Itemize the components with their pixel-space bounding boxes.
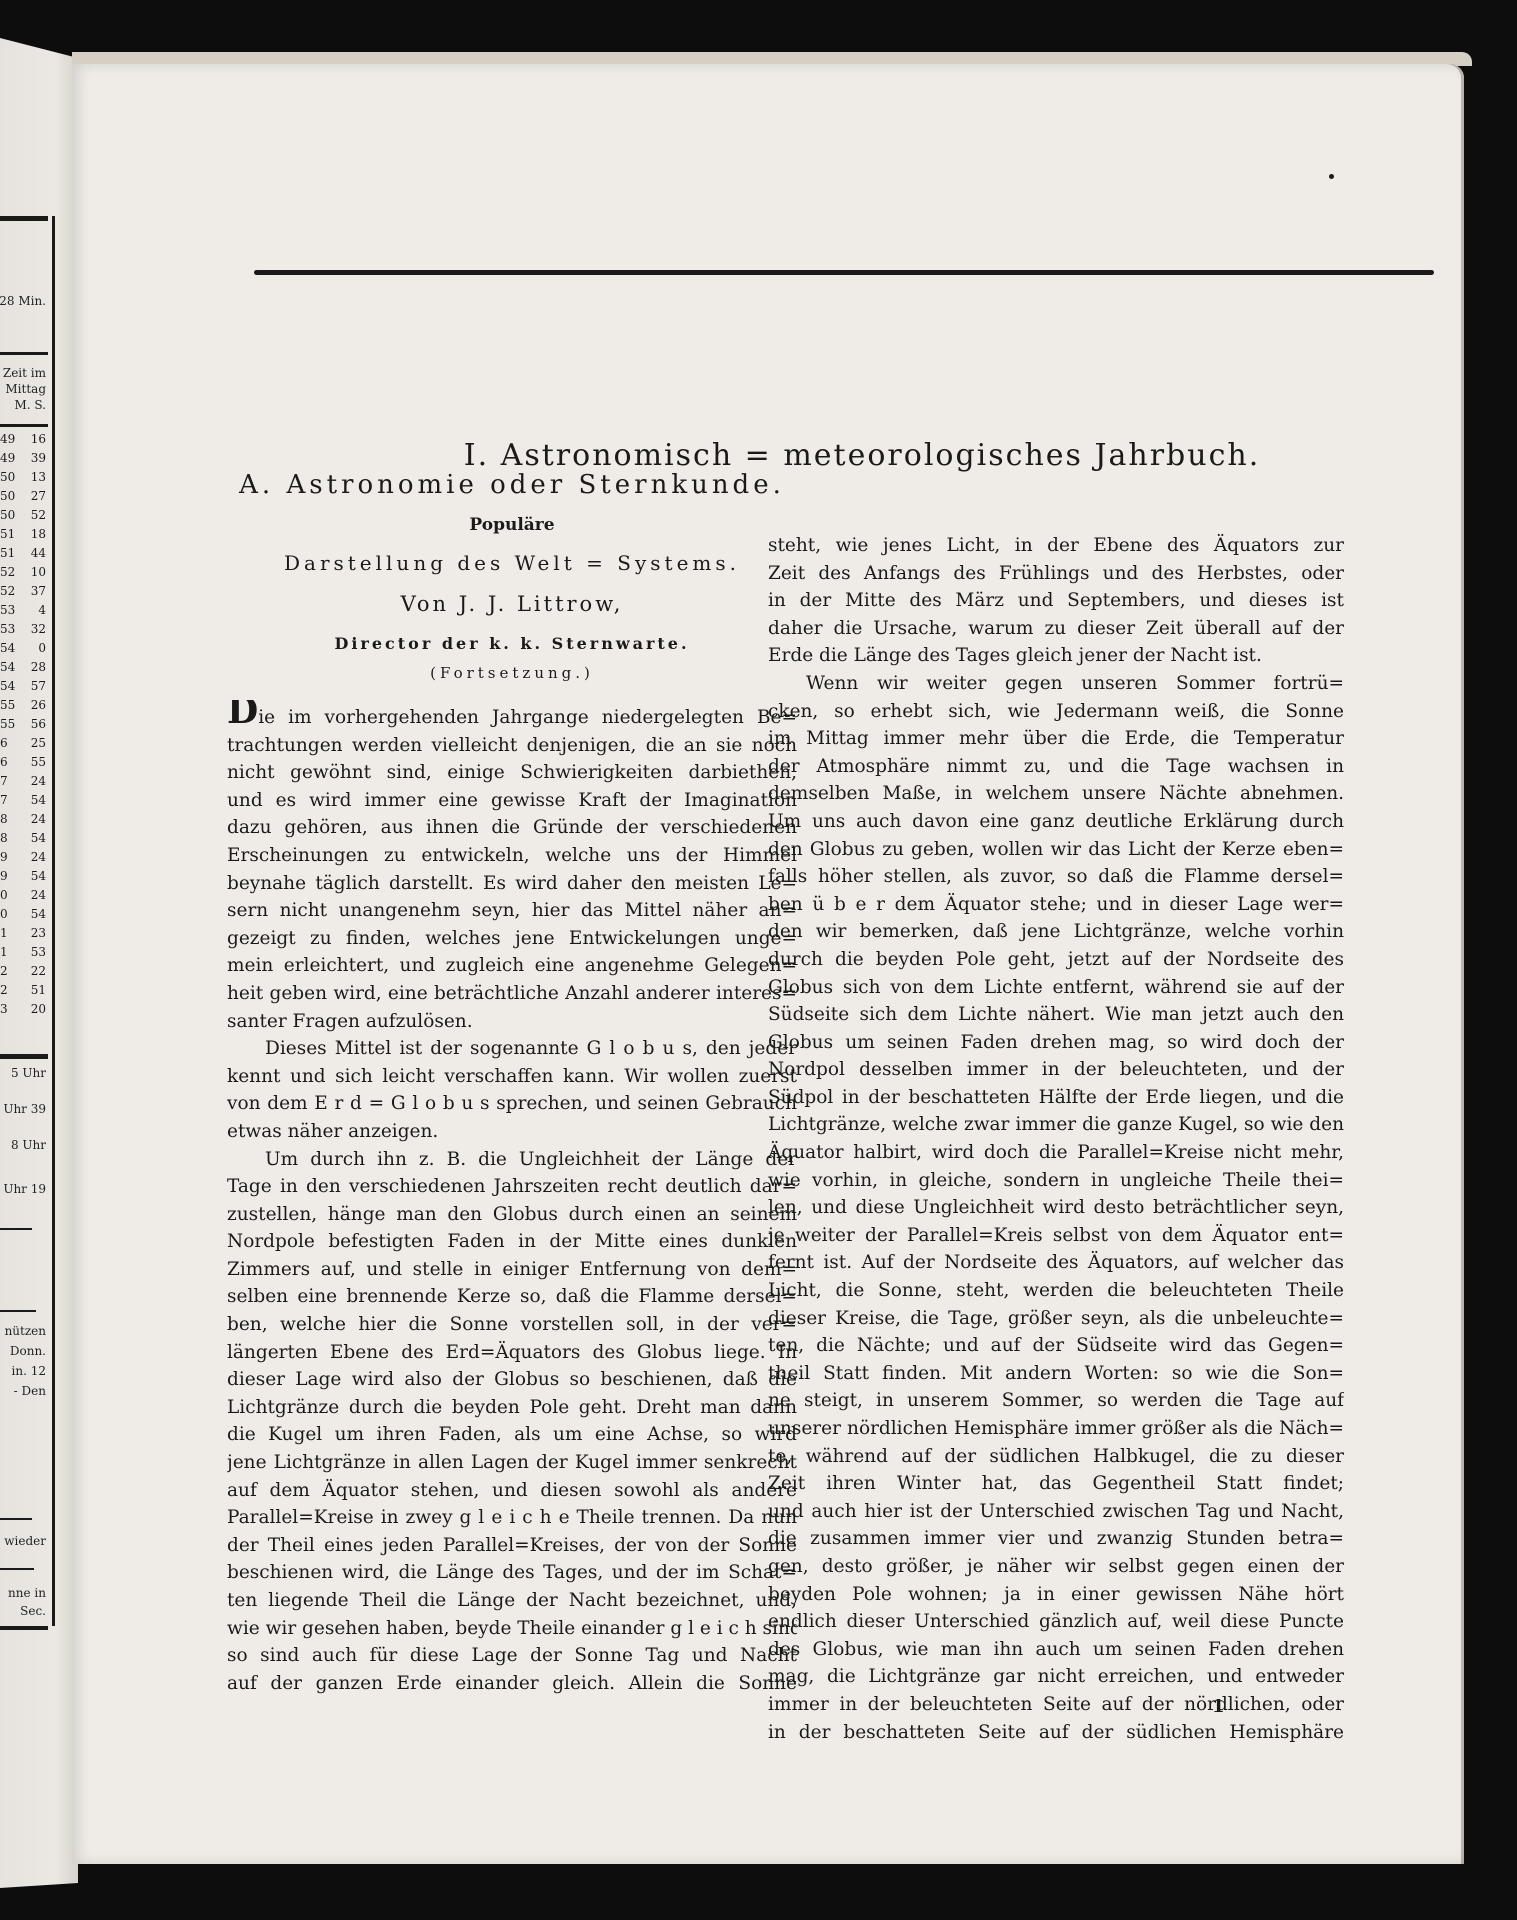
facing-table-row: 054 [0, 905, 46, 924]
text-line-content: je weiter der Parallel=Kreis selbst von … [768, 1225, 1344, 1246]
text-line: wie wir gesehen haben, beyde Theile eina… [227, 1615, 797, 1643]
table-rule [0, 424, 48, 427]
seconds-cell: 28 [31, 658, 46, 677]
text-line: der Theil eines jeden Parallel=Kreises, … [227, 1532, 797, 1560]
text-line: Südseite sich dem Lichte nähert. Wie man… [768, 1001, 1344, 1029]
text-line: auf der ganzen Erde einander gleich. All… [227, 1670, 797, 1698]
text-line: daher die Ursache, warum zu dieser Zeit … [768, 615, 1344, 643]
facing-table-row: 4916 [0, 430, 46, 449]
minutes-cell: 50 [0, 487, 15, 506]
text-line: zustellen, hänge man den Globus durch ei… [227, 1201, 797, 1229]
facing-table-row: 5027 [0, 487, 46, 506]
table-rule [0, 1054, 48, 1059]
text-line-content: mag, die Lichtgränze gar nicht erreichen… [768, 1666, 1344, 1687]
facing-header-text: 28 Min. [0, 294, 46, 309]
text-line: die zusammen immer vier und zwanzig Stun… [768, 1525, 1344, 1553]
seconds-cell: 23 [31, 924, 46, 943]
text-line-content: len, und diese Ungleichheit wird desto b… [768, 1197, 1344, 1218]
text-line-content: ben ü b e r dem Äquator stehe; und in di… [768, 894, 1344, 915]
minutes-cell: 54 [0, 639, 15, 658]
text-line-content: selben eine brennende Kerze so, daß die … [227, 1286, 797, 1307]
seconds-cell: 13 [31, 468, 46, 487]
facing-table-row: 5144 [0, 544, 46, 563]
text-line-content: wie wir gesehen haben, beyde Theile eina… [227, 1618, 797, 1639]
text-line: ben ü b e r dem Äquator stehe; und in di… [768, 891, 1344, 919]
text-line-content: kennt und sich leicht verschaffen kann. … [227, 1066, 797, 1087]
minutes-cell: 52 [0, 582, 15, 601]
text-line: der Atmosphäre nimmt zu, und die Tage wa… [768, 753, 1344, 781]
minutes-cell: 8 [0, 829, 8, 848]
text-line: den Globus zu geben, wollen wir das Lich… [768, 836, 1344, 864]
minutes-cell: 9 [0, 848, 8, 867]
seconds-cell: 39 [31, 449, 46, 468]
subtitle-article: Darstellung des Welt = Systems. [227, 551, 797, 575]
facing-table-row: 724 [0, 772, 46, 791]
text-line-content: Lichtgränze durch die beyden Pole geht. … [227, 1397, 797, 1418]
facing-table-row: 924 [0, 848, 46, 867]
text-line: demselben Maße, in welchem unsere Nächte… [768, 780, 1344, 808]
seconds-cell: 22 [31, 962, 46, 981]
text-line-content: Zimmers auf, und stelle in einiger Entfe… [227, 1259, 797, 1280]
text-line-content: daher die Ursache, warum zu dieser Zeit … [768, 618, 1344, 639]
text-line-content: nicht gewöhnt sind, einige Schwierigkeit… [227, 762, 797, 783]
table-rule [0, 1518, 32, 1520]
text-line: Globus sich von dem Lichte entfernt, wäh… [768, 974, 1344, 1002]
facing-note: Donn. [10, 1344, 46, 1359]
facing-column-header-2: Mittag [5, 382, 46, 397]
text-line-content: Globus sich von dem Lichte entfernt, wäh… [768, 977, 1344, 998]
minutes-cell: 53 [0, 601, 15, 620]
text-line: Dieses Mittel ist der sogenannte G l o b… [227, 1035, 797, 1063]
text-line-content: Licht, die Sonne, steht, werden die bele… [768, 1280, 1344, 1301]
text-line: den wir bemerken, daß jene Lichtgränze, … [768, 918, 1344, 946]
text-line: cken, so erhebt sich, wie Jedermann weiß… [768, 698, 1344, 726]
text-line-content: Südpol in der beschatteten Hälfte der Er… [768, 1087, 1344, 1108]
text-line: endlich dieser Unterschied gänzlich auf,… [768, 1608, 1344, 1636]
minutes-cell: 51 [0, 525, 15, 544]
text-line: beyden Pole wohnen; ja in einer gewissen… [768, 1581, 1344, 1609]
text-line-content: die Kugel um ihren Faden, als um eine Ac… [227, 1424, 797, 1445]
text-line: dieser Kreise, die Tage, größer seyn, al… [768, 1305, 1344, 1333]
seconds-cell: 24 [31, 810, 46, 829]
seconds-cell: 27 [31, 487, 46, 506]
text-line-content: falls höher stellen, als zuvor, so daß d… [768, 866, 1344, 887]
text-line: Um uns auch davon eine ganz deutliche Er… [768, 808, 1344, 836]
facing-table-row: 5013 [0, 468, 46, 487]
text-line: unserer nördlichen Hemisphäre immer größ… [768, 1415, 1344, 1443]
minutes-cell: 55 [0, 715, 15, 734]
text-line: theil Statt finden. Mit andern Worten: s… [768, 1360, 1344, 1388]
seconds-cell: 54 [31, 905, 46, 924]
text-line-content: des Globus, wie man ihn auch um seinen F… [768, 1639, 1344, 1660]
text-line-content: Zeit ihren Winter hat, das Gegentheil St… [768, 1473, 1344, 1494]
seconds-cell: 16 [31, 430, 46, 449]
facing-table-row: 320 [0, 1000, 46, 1019]
text-line-content: ten, die Nächte; und auf der Südseite wi… [768, 1335, 1344, 1356]
minutes-cell: 1 [0, 924, 8, 943]
text-line: santer Fragen aufzulösen. [227, 1008, 797, 1036]
facing-table-row: 5118 [0, 525, 46, 544]
text-line: beschienen wird, die Länge des Tages, un… [227, 1559, 797, 1587]
seconds-cell: 32 [31, 620, 46, 639]
text-line: mein erleichtert, und zugleich eine ange… [227, 952, 797, 980]
text-line: in der Mitte des März und Septembers, un… [768, 587, 1344, 615]
text-line: etwas näher anzeigen. [227, 1118, 797, 1146]
minutes-cell: 53 [0, 620, 15, 639]
text-line-content: endlich dieser Unterschied gänzlich auf,… [768, 1611, 1344, 1632]
text-line: Südpol in der beschatteten Hälfte der Er… [768, 1084, 1344, 1112]
text-line: wie vorhin, in gleiche, sondern in ungle… [768, 1167, 1344, 1195]
facing-table-row: 251 [0, 981, 46, 1000]
text-line-content: dazu gehören, aus ihnen die Gründe der v… [227, 817, 797, 838]
seconds-cell: 20 [31, 1000, 46, 1019]
text-line: heit geben wird, eine beträchtliche Anza… [227, 980, 797, 1008]
text-line: kennt und sich leicht verschaffen kann. … [227, 1063, 797, 1091]
text-line: jene Lichtgränze in allen Lagen der Kuge… [227, 1449, 797, 1477]
text-line-content: Um uns auch davon eine ganz deutliche Er… [768, 811, 1344, 832]
text-line-content: ne steigt, in unserem Sommer, so werden … [768, 1390, 1344, 1411]
minutes-cell: 3 [0, 1000, 8, 1019]
seconds-cell: 54 [31, 829, 46, 848]
text-line-content: Wenn wir weiter gegen unseren Sommer for… [806, 673, 1344, 694]
text-line-content: durch die beyden Pole geht, jetzt auf de… [768, 949, 1344, 970]
seconds-cell: 37 [31, 582, 46, 601]
text-line: längerten Ebene des Erd=Äquators des Glo… [227, 1339, 797, 1367]
text-line: Zimmers auf, und stelle in einiger Entfe… [227, 1256, 797, 1284]
text-line-content: dieser Kreise, die Tage, größer seyn, al… [768, 1308, 1344, 1329]
facing-note: Uhr 19 [3, 1182, 46, 1197]
seconds-cell: 24 [31, 772, 46, 791]
text-line: Erde die Länge des Tages gleich jener de… [768, 642, 1344, 670]
text-line: Zeit des Anfangs des Frühlings und des H… [768, 560, 1344, 588]
text-line-content: theil Statt finden. Mit andern Worten: s… [768, 1363, 1344, 1384]
author-title: Director der k. k. Sternwarte. [227, 634, 797, 653]
text-line: so sind auch für diese Lage der Sonne Ta… [227, 1642, 797, 1670]
minutes-cell: 50 [0, 506, 15, 525]
continuation-note: (Fortsetzung.) [227, 664, 797, 682]
facing-table-row: 854 [0, 829, 46, 848]
text-line-content: cken, so erhebt sich, wie Jedermann weiß… [768, 701, 1344, 722]
table-rule [0, 1310, 36, 1312]
text-line-content: Nordpole befestigten Faden in der Mitte … [227, 1231, 797, 1252]
facing-number-rows: 4916493950135027505251185144521052375345… [0, 430, 46, 1019]
table-rule [0, 1568, 34, 1570]
minutes-cell: 54 [0, 658, 15, 677]
text-line-content: Um durch ihn z. B. die Ungleichheit der … [265, 1149, 797, 1170]
text-line-content: ie im vorhergehenden Jahrgange niedergel… [258, 707, 797, 728]
text-line: ne steigt, in unserem Sommer, so werden … [768, 1387, 1344, 1415]
text-line-content: Äquator halbirt, wird doch die Parallel=… [768, 1142, 1344, 1163]
text-line-content: so sind auch für diese Lage der Sonne Ta… [227, 1645, 797, 1666]
minutes-cell: 2 [0, 981, 8, 1000]
text-line: sern nicht unangenehm seyn, hier das Mit… [227, 897, 797, 925]
facing-table-row: 5332 [0, 620, 46, 639]
minutes-cell: 0 [0, 886, 8, 905]
text-line-content: Südseite sich dem Lichte nähert. Wie man… [768, 1004, 1344, 1025]
text-line-content: etwas näher anzeigen. [227, 1121, 438, 1142]
text-line: im Mittag immer mehr über die Erde, die … [768, 725, 1344, 753]
minutes-cell: 6 [0, 734, 8, 753]
text-line-content: beyden Pole wohnen; ja in einer gewissen… [768, 1584, 1344, 1605]
facing-note: 8 Uhr [11, 1138, 46, 1153]
text-line-content: zustellen, hänge man den Globus durch ei… [227, 1204, 797, 1225]
text-line: von dem E r d = G l o b u s sprechen, un… [227, 1090, 797, 1118]
page-number: 1 [1212, 1696, 1225, 1717]
text-line-content: in der beschatteten Seite auf der südlic… [768, 1722, 1344, 1743]
text-line-content: wie vorhin, in gleiche, sondern in ungle… [768, 1170, 1344, 1191]
minutes-cell: 2 [0, 962, 8, 981]
text-line: mag, die Lichtgränze gar nicht erreichen… [768, 1663, 1344, 1691]
text-line-content: den Globus zu geben, wollen wir das Lich… [768, 839, 1344, 860]
minutes-cell: 7 [0, 772, 8, 791]
minutes-cell: 1 [0, 943, 8, 962]
text-line-content: der Atmosphäre nimmt zu, und die Tage wa… [768, 756, 1344, 777]
text-line: Lichtgränze, welche zwar immer die ganze… [768, 1111, 1344, 1139]
text-line-content: santer Fragen aufzulösen. [227, 1011, 473, 1032]
facing-note: wieder [4, 1534, 46, 1549]
text-line: Nordpol desselben immer in der beleuchte… [768, 1056, 1344, 1084]
seconds-cell: 24 [31, 886, 46, 905]
facing-table-row: 534 [0, 601, 46, 620]
text-line: ben, welche hier die Sonne vorstellen so… [227, 1311, 797, 1339]
text-line-content: Dieses Mittel ist der sogenannte G l o b… [265, 1038, 797, 1059]
seconds-cell: 54 [31, 791, 46, 810]
text-line-content: heit geben wird, eine beträchtliche Anza… [227, 983, 797, 1004]
minutes-cell: 49 [0, 449, 15, 468]
seconds-cell: 52 [31, 506, 46, 525]
text-line-content: die zusammen immer vier und zwanzig Stun… [768, 1528, 1344, 1549]
text-line-content: unserer nördlichen Hemisphäre immer größ… [768, 1418, 1344, 1439]
table-rule [0, 1626, 48, 1630]
text-line-content: Globus um seinen Faden drehen mag, so wi… [768, 1032, 1344, 1053]
seconds-cell: 53 [31, 943, 46, 962]
text-line-content: und auch hier ist der Unterschied zwisch… [768, 1501, 1344, 1522]
text-line: steht, wie jenes Licht, in der Ebene des… [768, 532, 1344, 560]
text-line-content: längerten Ebene des Erd=Äquators des Glo… [227, 1342, 797, 1363]
text-line: Tage in den verschiedenen Jahrszeiten re… [227, 1173, 797, 1201]
text-line-content: fernt ist. Auf der Nordseite des Äquator… [768, 1252, 1344, 1273]
minutes-cell: 55 [0, 696, 15, 715]
text-line-content: in der Mitte des März und Septembers, un… [768, 590, 1344, 611]
text-line-content: immer in der beleuchteten Seite auf der … [768, 1694, 1344, 1715]
text-line: Globus um seinen Faden drehen mag, so wi… [768, 1029, 1344, 1057]
page-title: I. Astronomisch = meteorologisches Jahrb… [362, 438, 1362, 473]
text-line: Parallel=Kreise in zwey g l e i c h e Th… [227, 1504, 797, 1532]
facing-table-row: 5210 [0, 563, 46, 582]
facing-table-row: 5428 [0, 658, 46, 677]
text-line-content: ten liegende Theil die Länge der Nacht b… [227, 1590, 797, 1611]
seconds-cell: 56 [31, 715, 46, 734]
text-line: gezeigt zu finden, welches jene Entwicke… [227, 925, 797, 953]
text-line-content: der Theil eines jeden Parallel=Kreises, … [227, 1535, 797, 1556]
text-line: len, und diese Ungleichheit wird desto b… [768, 1194, 1344, 1222]
text-line: ten liegende Theil die Länge der Nacht b… [227, 1587, 797, 1615]
seconds-cell: 10 [31, 563, 46, 582]
text-line: und auch hier ist der Unterschied zwisch… [768, 1498, 1344, 1526]
facing-table-row: 5526 [0, 696, 46, 715]
minutes-cell: 0 [0, 905, 8, 924]
seconds-cell: 54 [31, 867, 46, 886]
text-line: Um durch ihn z. B. die Ungleichheit der … [227, 1146, 797, 1174]
text-line: und es wird immer eine gewisse Kraft der… [227, 787, 797, 815]
text-line-content: Erscheinungen zu entwickeln, welche uns … [227, 845, 797, 866]
table-rule [0, 216, 48, 221]
text-line: Lichtgränze durch die beyden Pole geht. … [227, 1394, 797, 1422]
text-line-content: te, während auf der südlichen Halbkugel,… [768, 1446, 1344, 1467]
text-line-content: Nordpol desselben immer in der beleuchte… [768, 1059, 1344, 1080]
facing-note: 5 Uhr [11, 1066, 46, 1081]
left-column-body: Die im vorhergehenden Jahrgange niederge… [227, 700, 797, 1697]
facing-table-row: 5556 [0, 715, 46, 734]
facing-table-row: 954 [0, 867, 46, 886]
text-line-content: Lichtgränze, welche zwar immer die ganze… [768, 1114, 1344, 1135]
seconds-cell: 51 [31, 981, 46, 1000]
facing-note: nne in [8, 1586, 46, 1601]
text-line-content: Zeit des Anfangs des Frühlings und des H… [768, 563, 1344, 584]
text-line: falls höher stellen, als zuvor, so daß d… [768, 863, 1344, 891]
text-line-content: gezeigt zu finden, welches jene Entwicke… [227, 928, 797, 949]
text-line-content: auf dem Äquator stehen, und diesen sowoh… [227, 1480, 797, 1501]
section-heading: A. Astronomie oder Sternkunde. [227, 470, 797, 500]
text-line: ten, die Nächte; und auf der Südseite wi… [768, 1332, 1344, 1360]
minutes-cell: 52 [0, 563, 15, 582]
facing-note: in. 12 [12, 1364, 46, 1379]
facing-note: Uhr 39 [3, 1102, 46, 1117]
text-line: Nordpole befestigten Faden in der Mitte … [227, 1228, 797, 1256]
text-line: durch die beyden Pole geht, jetzt auf de… [768, 946, 1344, 974]
text-line: immer in der beleuchteten Seite auf der … [768, 1691, 1344, 1719]
facing-note: Sec. [20, 1604, 46, 1619]
facing-table-row: 5457 [0, 677, 46, 696]
text-line: die Kugel um ihren Faden, als um eine Ac… [227, 1421, 797, 1449]
text-line-content: Parallel=Kreise in zwey g l e i c h e Th… [227, 1507, 797, 1528]
minutes-cell: 6 [0, 753, 8, 772]
minutes-cell: 9 [0, 867, 8, 886]
seconds-cell: 24 [31, 848, 46, 867]
facing-column-header-1: Zeit im [3, 366, 46, 381]
facing-note: - Den [14, 1384, 46, 1399]
facing-table-row: 625 [0, 734, 46, 753]
facing-table-row: 754 [0, 791, 46, 810]
text-line-content: von dem E r d = G l o b u s sprechen, un… [227, 1093, 797, 1114]
text-line: Erscheinungen zu entwickeln, welche uns … [227, 842, 797, 870]
text-line: dazu gehören, aus ihnen die Gründe der v… [227, 814, 797, 842]
text-line: trachtungen werden vielleicht denjenigen… [227, 732, 797, 760]
minutes-cell: 51 [0, 544, 15, 563]
right-column-body: steht, wie jenes Licht, in der Ebene des… [768, 532, 1344, 1746]
text-line: dieser Lage wird also der Globus so besc… [227, 1366, 797, 1394]
facing-table-row: 153 [0, 943, 46, 962]
table-rule [0, 1228, 32, 1230]
seconds-cell: 18 [31, 525, 46, 544]
text-line-content: gen, desto größer, je näher wir selbst g… [768, 1556, 1344, 1577]
ink-dot [1329, 174, 1334, 179]
text-line: in der beschatteten Seite auf der südlic… [768, 1719, 1344, 1747]
minutes-cell: 49 [0, 430, 15, 449]
text-line: nicht gewöhnt sind, einige Schwierigkeit… [227, 759, 797, 787]
seconds-cell: 4 [38, 601, 46, 620]
text-line: je weiter der Parallel=Kreis selbst von … [768, 1222, 1344, 1250]
minutes-cell: 54 [0, 677, 15, 696]
text-line: Wenn wir weiter gegen unseren Sommer for… [768, 670, 1344, 698]
text-line: te, während auf der südlichen Halbkugel,… [768, 1443, 1344, 1471]
facing-table-row: 024 [0, 886, 46, 905]
seconds-cell: 0 [38, 639, 46, 658]
text-line: gen, desto größer, je näher wir selbst g… [768, 1553, 1344, 1581]
text-line-content: beschienen wird, die Länge des Tages, un… [227, 1562, 797, 1583]
text-line: Äquator halbirt, wird doch die Parallel=… [768, 1139, 1344, 1167]
book-page: I. Astronomisch = meteorologisches Jahrb… [72, 64, 1464, 1864]
text-line-content: steht, wie jenes Licht, in der Ebene des… [768, 535, 1344, 556]
facing-table-row: 5237 [0, 582, 46, 601]
drop-cap: D [227, 700, 258, 732]
text-line: Licht, die Sonne, steht, werden die bele… [768, 1277, 1344, 1305]
text-line-content: Erde die Länge des Tages gleich jener de… [768, 645, 1262, 666]
text-line: beynahe täglich darstellt. Es wird daher… [227, 870, 797, 898]
facing-note: nützen [5, 1324, 46, 1339]
author-line: Von J. J. Littrow, [227, 592, 797, 616]
facing-table-row: 123 [0, 924, 46, 943]
seconds-cell: 57 [31, 677, 46, 696]
minutes-cell: 7 [0, 791, 8, 810]
minutes-cell: 8 [0, 810, 8, 829]
text-line: auf dem Äquator stehen, und diesen sowoh… [227, 1477, 797, 1505]
facing-table-row: 655 [0, 753, 46, 772]
text-line-content: demselben Maße, in welchem unsere Nächte… [768, 783, 1344, 804]
text-line: selben eine brennende Kerze so, daß die … [227, 1283, 797, 1311]
table-rule [0, 352, 48, 355]
text-line: des Globus, wie man ihn auch um seinen F… [768, 1636, 1344, 1664]
facing-table-row: 5052 [0, 506, 46, 525]
seconds-cell: 26 [31, 696, 46, 715]
seconds-cell: 44 [31, 544, 46, 563]
facing-column-header-3: M. S. [14, 398, 46, 413]
text-line-content: sern nicht unangenehm seyn, hier das Mit… [227, 900, 797, 921]
text-line-content: den wir bemerken, daß jene Lichtgränze, … [768, 921, 1344, 942]
text-line-content: und es wird immer eine gewisse Kraft der… [227, 790, 797, 811]
text-line-content: im Mittag immer mehr über die Erde, die … [768, 728, 1344, 749]
header-rule [254, 270, 1434, 275]
facing-table-row: 540 [0, 639, 46, 658]
text-line-content: ben, welche hier die Sonne vorstellen so… [227, 1314, 797, 1335]
text-line-content: auf der ganzen Erde einander gleich. All… [227, 1673, 797, 1694]
text-line-content: dieser Lage wird also der Globus so besc… [227, 1369, 797, 1390]
text-line: fernt ist. Auf der Nordseite des Äquator… [768, 1249, 1344, 1277]
minutes-cell: 50 [0, 468, 15, 487]
text-line-content: mein erleichtert, und zugleich eine ange… [227, 955, 797, 976]
facing-table-row: 222 [0, 962, 46, 981]
subtitle-popular: Populäre [227, 515, 797, 535]
facing-page-table: 28 Min. Zeit im Mittag M. S. 49164939501… [0, 216, 55, 1626]
seconds-cell: 25 [31, 734, 46, 753]
text-line-content: Tage in den verschiedenen Jahrszeiten re… [227, 1176, 797, 1197]
facing-table-row: 824 [0, 810, 46, 829]
seconds-cell: 55 [31, 753, 46, 772]
text-line: Zeit ihren Winter hat, das Gegentheil St… [768, 1470, 1344, 1498]
text-line: Die im vorhergehenden Jahrgange niederge… [227, 700, 797, 732]
text-line-content: beynahe täglich darstellt. Es wird daher… [227, 873, 797, 894]
text-line-content: trachtungen werden vielleicht denjenigen… [227, 735, 797, 756]
text-line-content: jene Lichtgränze in allen Lagen der Kuge… [227, 1452, 797, 1473]
facing-table-row: 4939 [0, 449, 46, 468]
facing-page-fragment: 28 Min. Zeit im Mittag M. S. 49164939501… [0, 38, 78, 1888]
